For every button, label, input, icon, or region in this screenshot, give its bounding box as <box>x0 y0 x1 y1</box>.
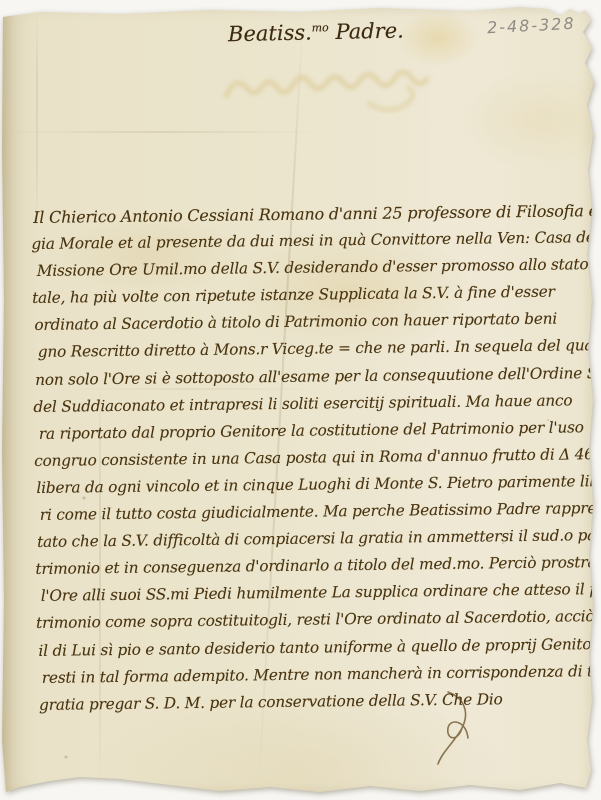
ink-bleedthrough-ghost-writing <box>218 52 468 122</box>
paper-sheet: Beatiss.mo Padre. 2-48-328 Il Chierico A… <box>0 0 601 800</box>
manuscript-body-text: Il Chierico Antonio Cessiani Romano d'an… <box>31 197 595 719</box>
vertical-fold-crease <box>36 12 38 232</box>
paper-sheet-shadow: Beatiss.mo Padre. 2-48-328 Il Chierico A… <box>0 0 601 800</box>
salutation-superscript: mo <box>312 21 329 34</box>
letter-salutation: Beatiss.mo Padre. <box>228 18 438 46</box>
salutation-rest: Padre. <box>329 19 404 45</box>
archival-number-pencil: 2-48-328 <box>487 14 576 38</box>
salutation-main: Beatiss. <box>228 20 312 46</box>
pen-flourish <box>418 690 498 770</box>
scanned-manuscript-page: Beatiss.mo Padre. 2-48-328 Il Chierico A… <box>0 0 601 800</box>
horizontal-fold-crease <box>0 131 320 133</box>
manuscript-line: gratia pregar S. D. M. per la conservati… <box>39 685 595 719</box>
